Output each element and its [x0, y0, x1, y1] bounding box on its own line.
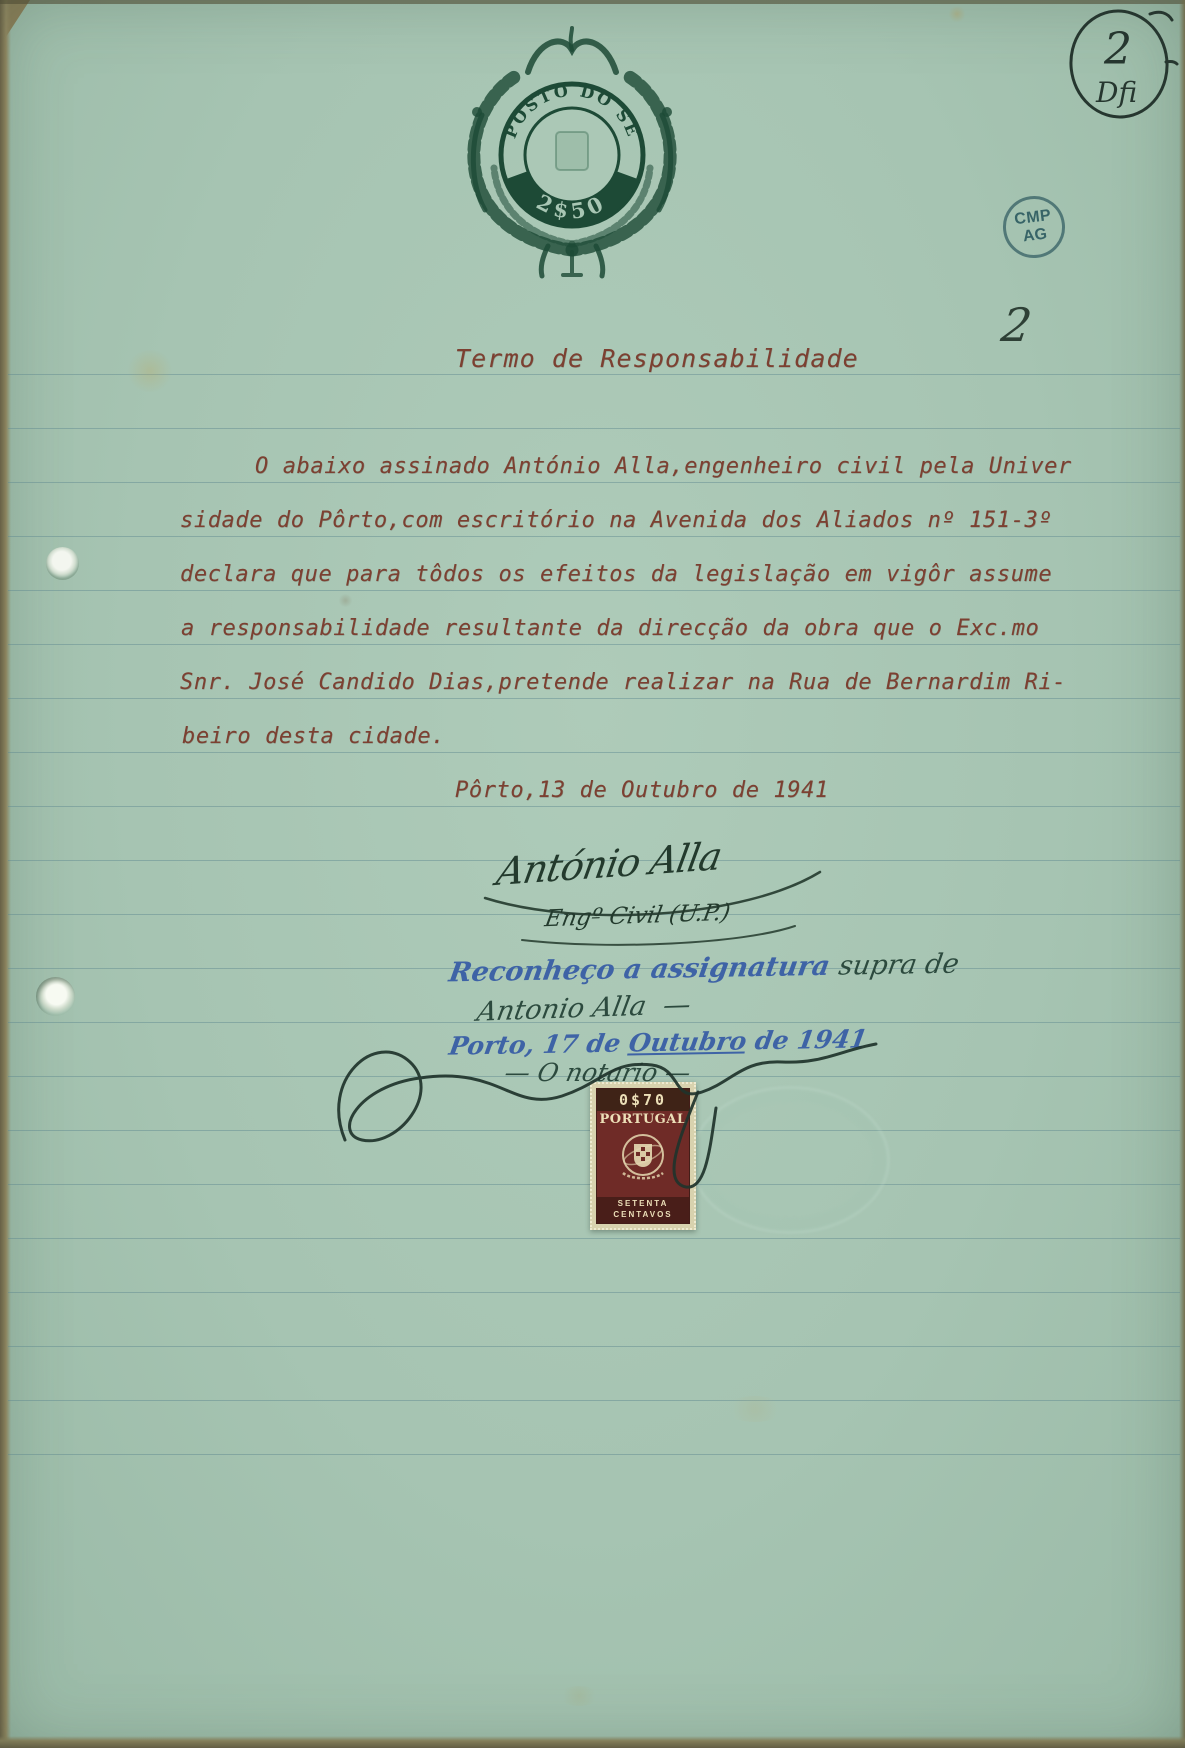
body-line: O abaixo assinado António Alla,engenheir… [255, 454, 1072, 479]
seal-shield [556, 132, 588, 170]
body-line: declara que para tôdos os efeitos da leg… [180, 562, 1052, 587]
body-line: a responsabilidade resultante da direcçã… [181, 616, 1039, 641]
signature-flourish [460, 830, 850, 960]
page-edge-bottom [0, 1736, 1185, 1748]
notary-signature [300, 990, 920, 1240]
cmp-stamp-line2: AG [1022, 227, 1048, 246]
body-line: sidade do Pôrto,com escritório na Avenid… [180, 508, 1052, 533]
page-edge-top [0, 0, 1185, 4]
notary-recognition-dark: supra de [837, 949, 962, 982]
body-line: beiro desta cidade. [182, 724, 445, 749]
document-title: Termo de Responsabilidade [455, 344, 859, 373]
imposto-do-selo-seal: IMPOSTO DO SELO 2$50 [432, 22, 712, 284]
paper-stain [558, 1686, 600, 1706]
corner-initials: Dfi [1095, 76, 1137, 109]
punch-hole [36, 977, 75, 1016]
corner-number: 2 [1103, 24, 1132, 75]
corner-annotation-circle: 2 Dfi [1058, 4, 1185, 132]
date-line: Pôrto,13 de Outubro de 1941 [455, 778, 829, 803]
cmp-ag-stamp: CMP AG [999, 192, 1068, 261]
body-line: Snr. José Candido Dias,pretende realizar… [180, 670, 1066, 695]
scanned-document-page: IMPOSTO DO SELO 2$50 2 Dfi CMP AG 2 Term… [0, 0, 1185, 1748]
punch-hole [46, 547, 79, 580]
cmp-stamp-line1: CMP [1014, 208, 1053, 228]
paper-stain [948, 6, 966, 22]
